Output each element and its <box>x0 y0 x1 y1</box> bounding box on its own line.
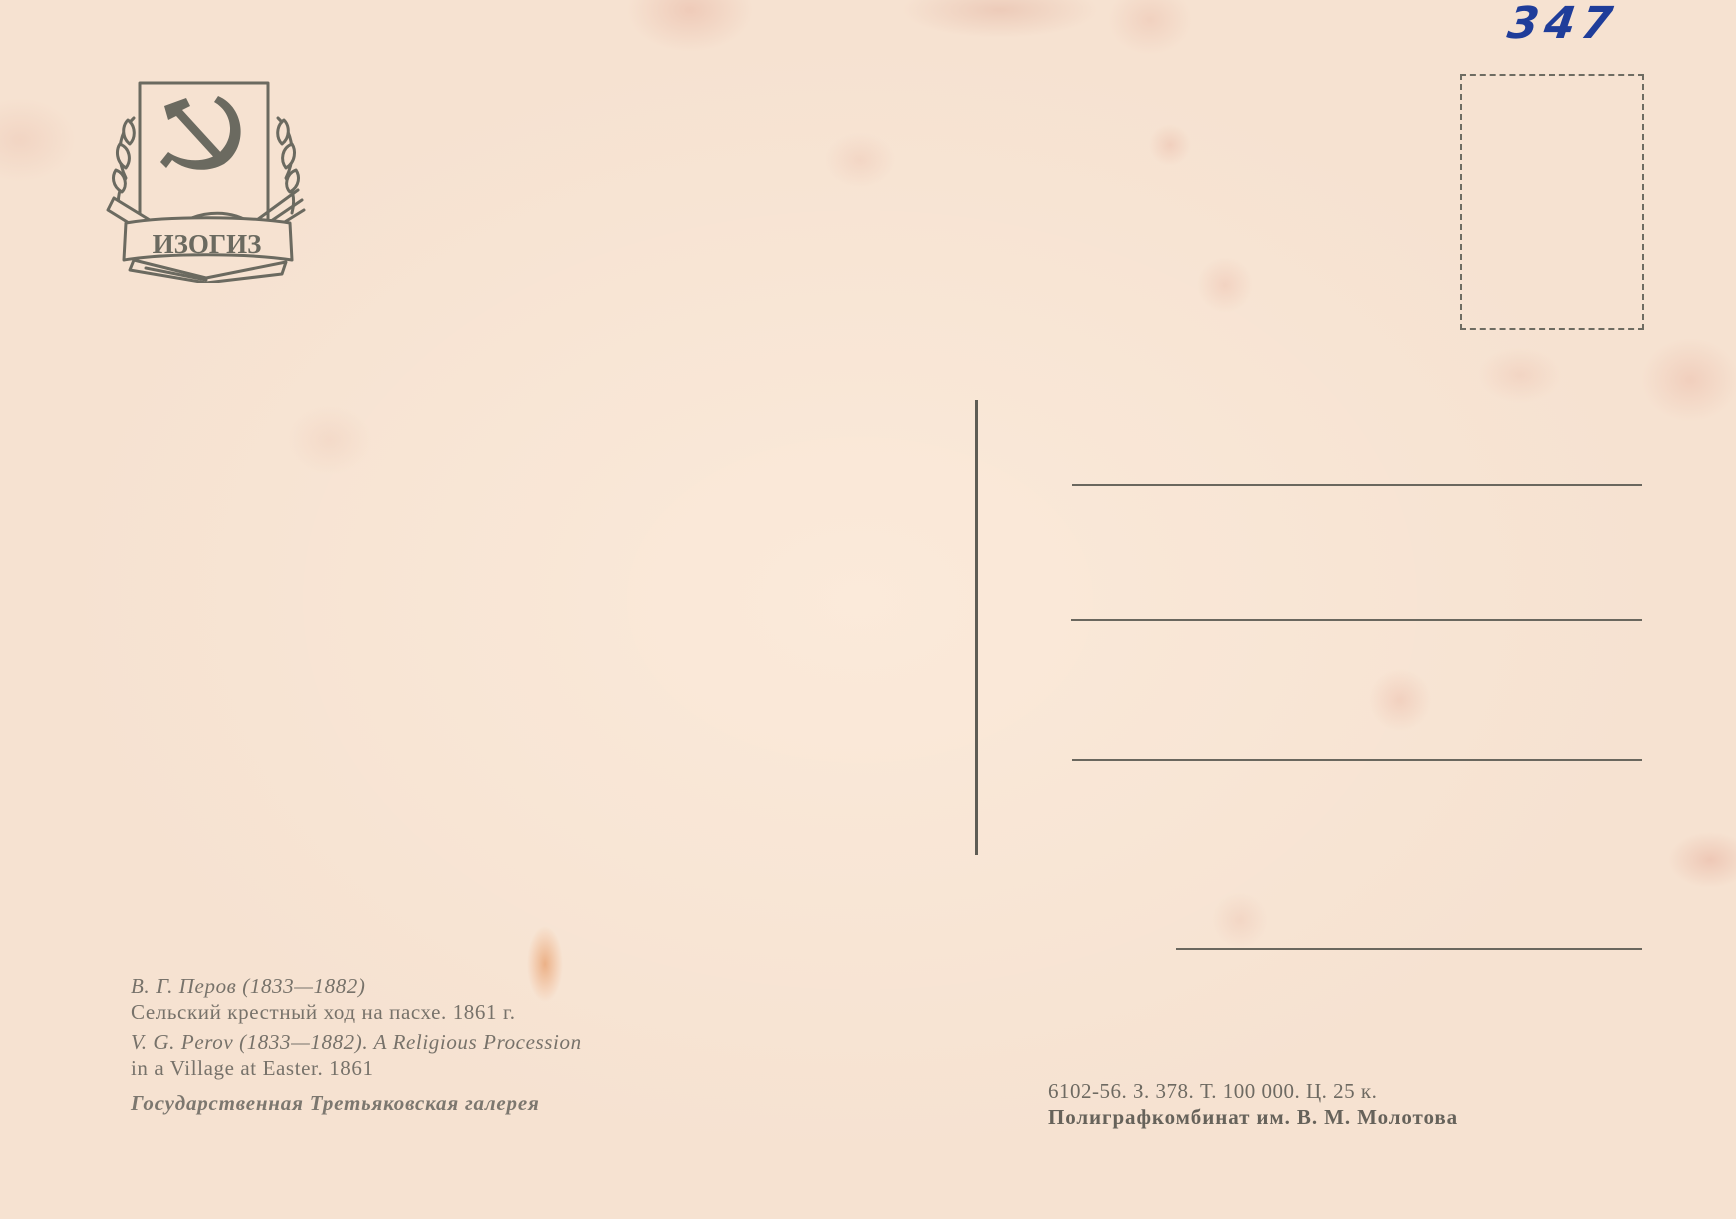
imprint-codes: 6102-56. З. 378. Т. 100 000. Ц. 25 к. <box>1048 1078 1458 1104</box>
stamp-placeholder <box>1460 74 1644 330</box>
artwork-caption: В. Г. Перов (1833—1882) Сельский крестны… <box>131 973 582 1116</box>
collection-name: Государственная Третьяковская галерея <box>131 1090 582 1116</box>
imprint-printer: Полиграфкомбинат им. В. М. Молотова <box>1048 1104 1458 1130</box>
address-line-4[interactable] <box>1176 948 1642 950</box>
handwritten-number: 347 <box>1504 0 1621 49</box>
address-line-1[interactable] <box>1072 484 1642 486</box>
vertical-divider <box>975 400 978 855</box>
izogiz-logo: ИЗОГИЗ <box>106 78 306 283</box>
print-imprint: 6102-56. З. 378. Т. 100 000. Ц. 25 к. По… <box>1048 1078 1458 1130</box>
artist-title-en-1: V. G. Perov (1833—1882). A Religious Pro… <box>131 1029 582 1055</box>
address-line-2[interactable] <box>1071 619 1642 621</box>
logo-banner-text: ИЗОГИЗ <box>153 229 262 259</box>
artist-title-en-2: in a Village at Easter. 1861 <box>131 1055 582 1081</box>
artist-name-ru: В. Г. Перов (1833—1882) <box>131 973 582 999</box>
address-line-3[interactable] <box>1072 759 1642 761</box>
postcard-back: ИЗОГИЗ 347 В. Г. Перов (1833—1882) Сельс… <box>0 0 1736 1219</box>
artwork-title-ru: Сельский крестный ход на пасхе. 1861 г. <box>131 999 582 1025</box>
